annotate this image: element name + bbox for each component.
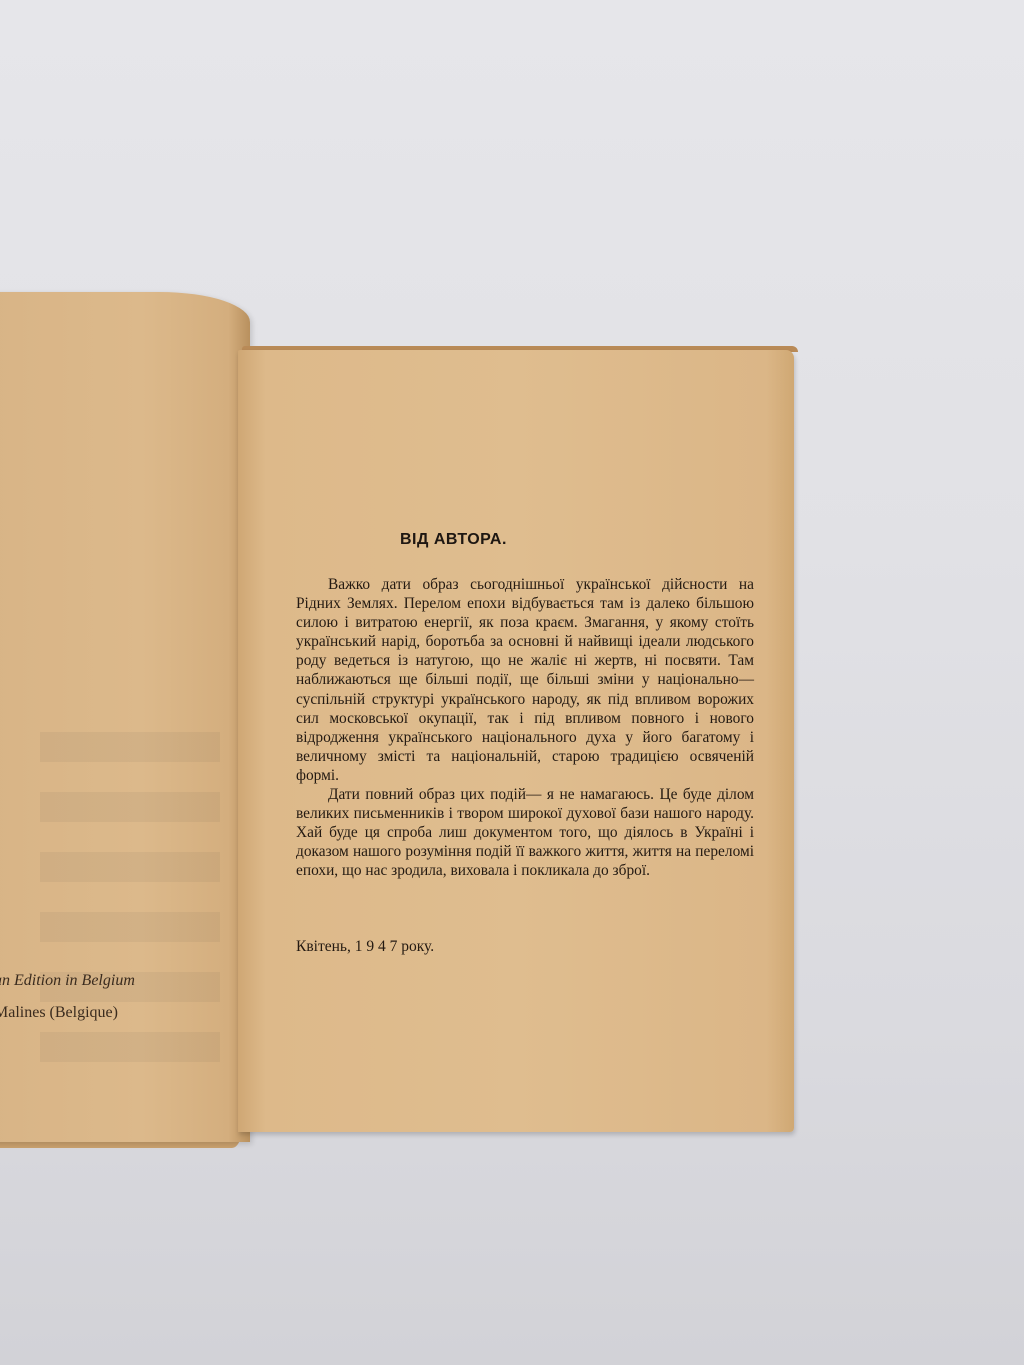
date-signature: Квітень, 1 9 4 7 року. — [296, 938, 434, 956]
page-title: ВІД АВТОРА. — [400, 531, 507, 549]
show-through-ghost-text — [40, 732, 220, 1092]
imprint-place-line: Malines (Belgique) — [0, 1004, 194, 1022]
paragraph: Важко дати образ сьогоднішньої українськ… — [296, 575, 754, 785]
paragraph: Дати повний образ цих подій— я не намага… — [296, 785, 754, 880]
body-text: Важко дати образ сьогоднішньої українськ… — [296, 575, 754, 881]
imprint-edition-line: an Edition in Belgium — [0, 972, 194, 990]
